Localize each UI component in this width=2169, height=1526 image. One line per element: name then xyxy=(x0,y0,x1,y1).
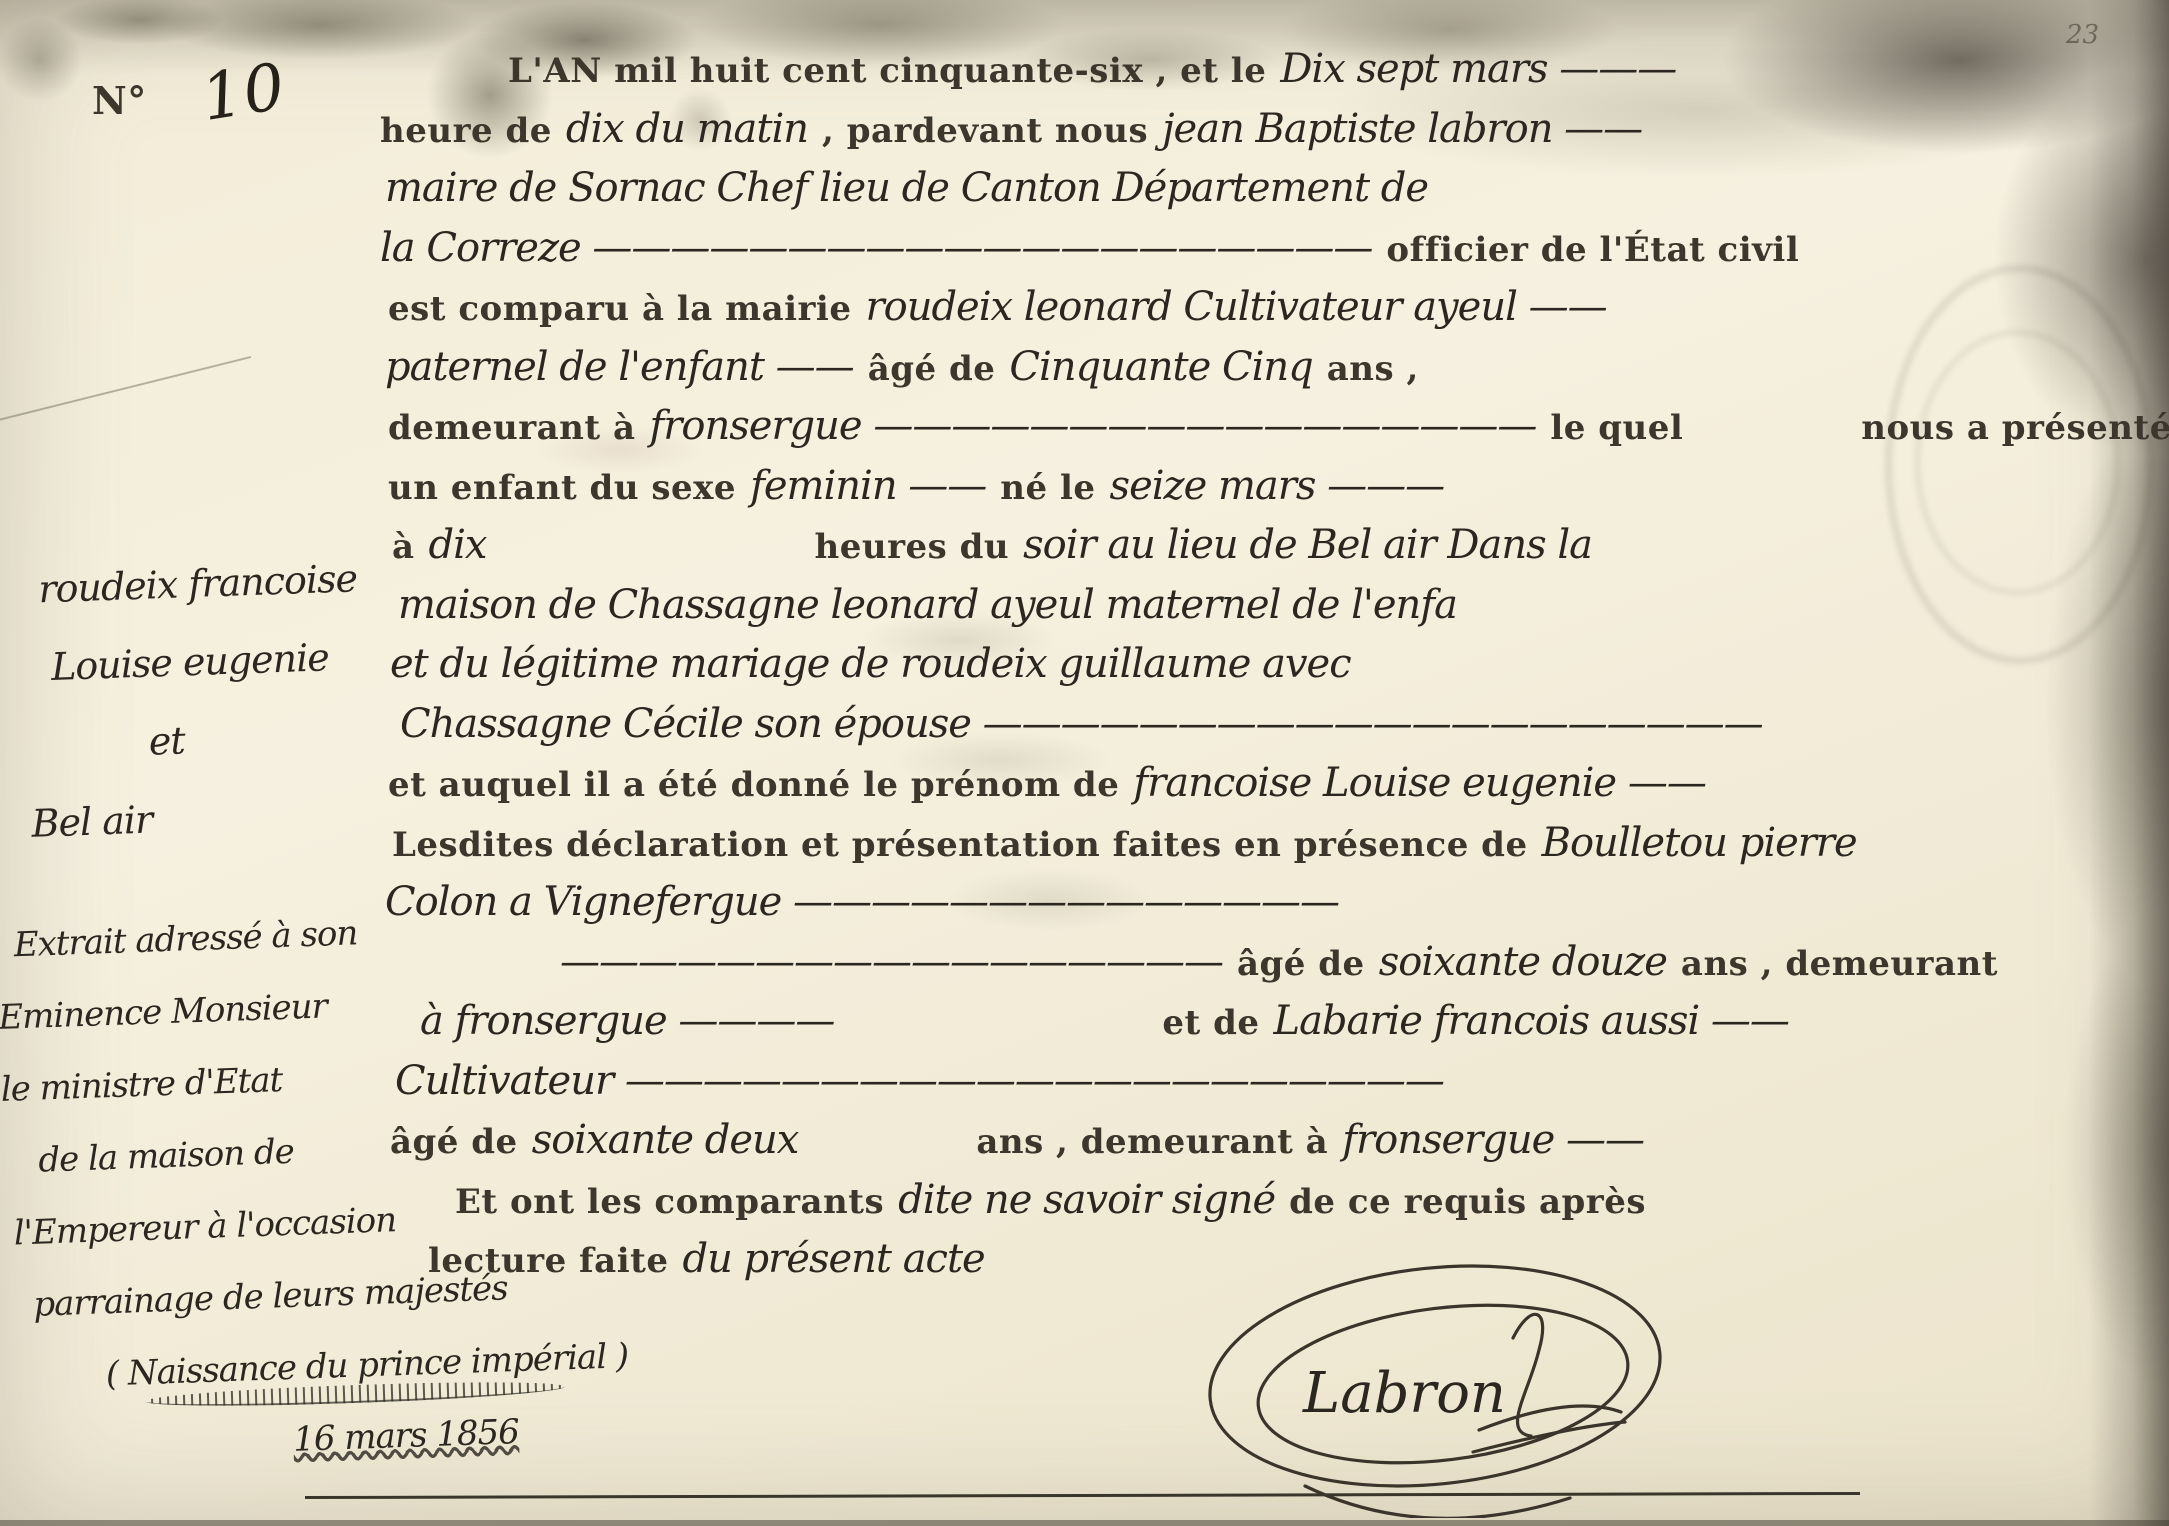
act-line: heure dedix du matin, pardevant nousjean… xyxy=(380,106,2168,166)
printed-form-text: heure de xyxy=(380,111,552,151)
handwritten-entry: du présent acte xyxy=(682,1236,984,1282)
act-line: Et ont les comparantsdite ne savoir sign… xyxy=(455,1177,2168,1237)
handwritten-entry: dix du matin xyxy=(566,106,808,152)
margin-name-line: roudeix francoise xyxy=(38,556,359,645)
page-bottom-edge xyxy=(0,1520,2169,1526)
act-line: àdixheures dusoir au lieu de Bel air Dan… xyxy=(392,522,2168,582)
handwritten-entry: roudeix leonard Cultivateur ayeul —— xyxy=(865,284,1606,330)
handwritten-entry: et du légitime mariage de roudeix guilla… xyxy=(390,641,1351,687)
act-line: paternel de l'enfant ——âgé deCinquante C… xyxy=(385,344,2168,404)
act-number-value: 10 xyxy=(196,50,290,136)
act-line: âgé desoixante deuxans , demeurant àfron… xyxy=(390,1117,2168,1177)
act-number-label: N° xyxy=(92,78,147,123)
signature-block: Labron xyxy=(1195,1246,1675,1522)
act-line: Cultivateur ————————————————————— xyxy=(395,1058,2168,1118)
signature-flourish: Labron xyxy=(1195,1246,1675,1518)
printed-form-text: officier de l'État civil xyxy=(1386,230,1799,270)
printed-form-text: demeurant à xyxy=(388,408,635,448)
margin-name-line: et xyxy=(148,712,364,797)
handwritten-entry: paternel de l'enfant —— xyxy=(385,344,854,390)
handwritten-entry: Cinquante Cinq xyxy=(1009,344,1312,390)
printed-form-text: âgé de xyxy=(868,349,996,389)
printed-form-text: heures du xyxy=(815,527,1010,567)
printed-form-text: Lesdites déclaration et présentation fai… xyxy=(392,825,1528,865)
handwritten-entry: soixante douze xyxy=(1379,939,1667,985)
act-line: —————————————————âgé desoixante douzeans… xyxy=(560,939,2168,999)
handwritten-entry: ————————————————— xyxy=(560,939,1223,985)
handwritten-entry: fronsergue ————————————————— xyxy=(649,403,1536,449)
margin-name-line: Louise eugenie xyxy=(50,634,361,723)
handwritten-entry: jean Baptiste labron —— xyxy=(1162,106,1642,152)
act-line: la Correze ————————————————————officier … xyxy=(380,225,2168,285)
margin-note-line: 16 mars 1856 xyxy=(293,1408,633,1492)
act-line: et auquel il a été donné le prénom defra… xyxy=(388,760,2168,820)
printed-form-text: à xyxy=(392,527,415,567)
act-line: et du légitime mariage de roudeix guilla… xyxy=(390,641,2168,701)
handwritten-entry: à fronsergue ———— xyxy=(420,998,834,1044)
handwritten-entry: francoise Louise eugenie —— xyxy=(1133,760,1706,806)
handwritten-entry: dix xyxy=(429,522,487,568)
printed-form-text: le quel xyxy=(1550,408,1683,448)
handwritten-entry: dite ne savoir signé xyxy=(898,1177,1275,1223)
printed-form-text: Et ont les comparants xyxy=(455,1182,884,1222)
printed-form-text: lecture faite xyxy=(428,1241,668,1281)
printed-form-text: et auquel il a été donné le prénom de xyxy=(388,765,1119,805)
printed-form-text: né le xyxy=(1000,468,1095,508)
handwritten-entry: maire de Sornac Chef lieu de Canton Dépa… xyxy=(385,165,1428,211)
handwritten-entry: Dix sept mars ——— xyxy=(1280,46,1676,92)
printed-form-text: ans , demeurant à xyxy=(976,1122,1328,1162)
handwritten-entry: Cultivateur ————————————————————— xyxy=(395,1058,1444,1104)
act-line: maire de Sornac Chef lieu de Canton Dépa… xyxy=(385,165,2168,225)
handwritten-entry: feminin —— xyxy=(750,463,986,509)
printed-form-text: âgé de xyxy=(390,1122,518,1162)
handwritten-entry: seize mars ——— xyxy=(1110,463,1445,509)
handwritten-entry: maison de Chassagne leonard ayeul matern… xyxy=(398,582,1457,628)
printed-form-text: un enfant du sexe xyxy=(388,468,736,508)
handwritten-entry: fronsergue —— xyxy=(1342,1117,1644,1163)
pencil-scratch xyxy=(0,356,251,422)
printed-form-text: est comparu à la mairie xyxy=(388,289,851,329)
printed-form-text: , pardevant nous xyxy=(822,111,1148,151)
act-line: Colon a Vignefergue —————————————— xyxy=(385,879,2168,939)
handwritten-entry: Labarie francois aussi —— xyxy=(1274,998,1789,1044)
act-line: Chassagne Cécile son épouse ————————————… xyxy=(400,701,2168,761)
printed-form-text: et de xyxy=(1162,1003,1259,1043)
printed-form-text: nous a présenté xyxy=(1861,408,2169,448)
act-line: demeurant àfronsergue —————————————————l… xyxy=(388,403,2168,463)
handwritten-entry: Chassagne Cécile son épouse ————————————… xyxy=(400,701,1763,747)
printed-form-text: de ce requis après xyxy=(1289,1182,1646,1222)
act-body: L'AN mil huit cent cinquante-six , et le… xyxy=(378,46,2168,1296)
printed-form-text: L'AN mil huit cent cinquante-six , et le xyxy=(508,51,1266,91)
printed-form-text: âgé de xyxy=(1237,944,1365,984)
printed-form-text: ans , xyxy=(1327,349,1419,389)
act-line: à fronsergue ————et deLabarie francois a… xyxy=(420,998,2168,1058)
act-line: est comparu à la mairieroudeix leonard C… xyxy=(388,284,2168,344)
margin-child-name-note: roudeix francoiseLouise eugenieetBel air xyxy=(23,556,367,879)
handwritten-entry: soir au lieu de Bel air Dans la xyxy=(1023,522,1592,568)
act-number: N°10 xyxy=(92,56,285,130)
printed-form-text: ans , demeurant xyxy=(1681,944,1998,984)
signature-name: Labron xyxy=(1302,1361,1506,1426)
act-line: L'AN mil huit cent cinquante-six , et le… xyxy=(508,46,2168,106)
handwritten-entry: Boulletou pierre xyxy=(1542,820,1857,866)
act-line: Lesdites déclaration et présentation fai… xyxy=(392,820,2168,880)
act-line: maison de Chassagne leonard ayeul matern… xyxy=(398,582,2168,642)
handwritten-entry: la Correze ———————————————————— xyxy=(380,225,1372,271)
handwritten-entry: soixante deux xyxy=(532,1117,799,1163)
margin-name-line: Bel air xyxy=(31,790,367,880)
scanned-birth-certificate: { "document_kind": "Acte de naissance (r… xyxy=(0,0,2169,1526)
act-line: un enfant du sexefeminin ——né leseize ma… xyxy=(388,463,2168,523)
handwritten-entry: Colon a Vignefergue —————————————— xyxy=(385,879,1339,925)
